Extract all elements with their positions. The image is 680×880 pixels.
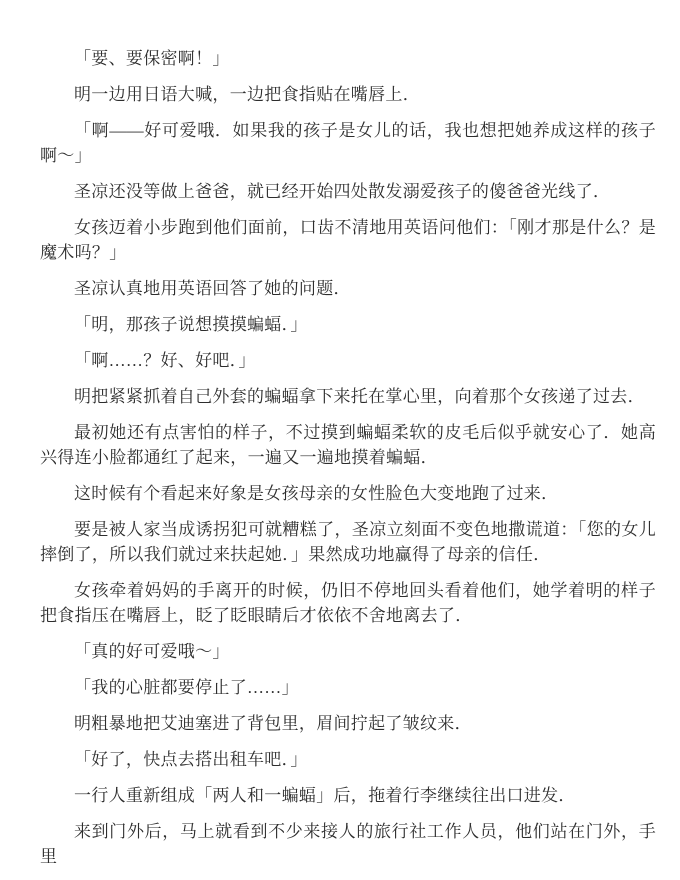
novel-text-body: 「要、要保密啊！」明一边用日语大喊，一边把食指贴在嘴唇上．「啊——好可爱哦．如果… xyxy=(40,46,656,869)
paragraph: 「真的好可爱哦～」 xyxy=(40,639,656,664)
novel-page: 「要、要保密啊！」明一边用日语大喊，一边把食指贴在嘴唇上．「啊——好可爱哦．如果… xyxy=(0,0,680,880)
paragraph: 女孩迈着小步跑到他们面前，口齿不清地用英语问他们：「刚才那是什么？是魔术吗？」 xyxy=(40,215,656,265)
paragraph: 圣凉还没等做上爸爸，就已经开始四处散发溺爱孩子的傻爸爸光线了． xyxy=(40,179,656,204)
paragraph: 明一边用日语大喊，一边把食指贴在嘴唇上． xyxy=(40,82,656,107)
paragraph: 明粗暴地把艾迪塞进了背包里，眉间拧起了皱纹来． xyxy=(40,711,656,736)
paragraph: 一行人重新组成「两人和一蝙蝠」后，拖着行李继续往出口进发． xyxy=(40,783,656,808)
paragraph: 女孩牵着妈妈的手离开的时候，仍旧不停地回头看着他们，她学着明的样子把食指压在嘴唇… xyxy=(40,578,656,628)
paragraph: 「明，那孩子说想摸摸蝙蝠．」 xyxy=(40,312,656,337)
paragraph: 「好了，快点去搭出租车吧．」 xyxy=(40,747,656,772)
paragraph: 「要、要保密啊！」 xyxy=(40,46,656,71)
paragraph: 来到门外后，马上就看到不少来接人的旅行社工作人员，他们站在门外，手里 xyxy=(40,819,656,869)
paragraph: 最初她还有点害怕的样子，不过摸到蝙蝠柔软的皮毛后似乎就安心了．她高兴得连小脸都通… xyxy=(40,420,656,470)
paragraph: 「啊……？好、好吧．」 xyxy=(40,348,656,373)
paragraph: 「我的心脏都要停止了……」 xyxy=(40,675,656,700)
paragraph: 「啊——好可爱哦．如果我的孩子是女儿的话，我也想把她养成这样的孩子啊～」 xyxy=(40,118,656,168)
paragraph: 明把紧紧抓着自己外套的蝙蝠拿下来托在掌心里，向着那个女孩递了过去． xyxy=(40,384,656,409)
paragraph: 要是被人家当成诱拐犯可就糟糕了，圣凉立刻面不变色地撒谎道：「您的女儿摔倒了，所以… xyxy=(40,517,656,567)
paragraph: 圣凉认真地用英语回答了她的问题． xyxy=(40,276,656,301)
paragraph: 这时候有个看起来好象是女孩母亲的女性脸色大变地跑了过来． xyxy=(40,481,656,506)
